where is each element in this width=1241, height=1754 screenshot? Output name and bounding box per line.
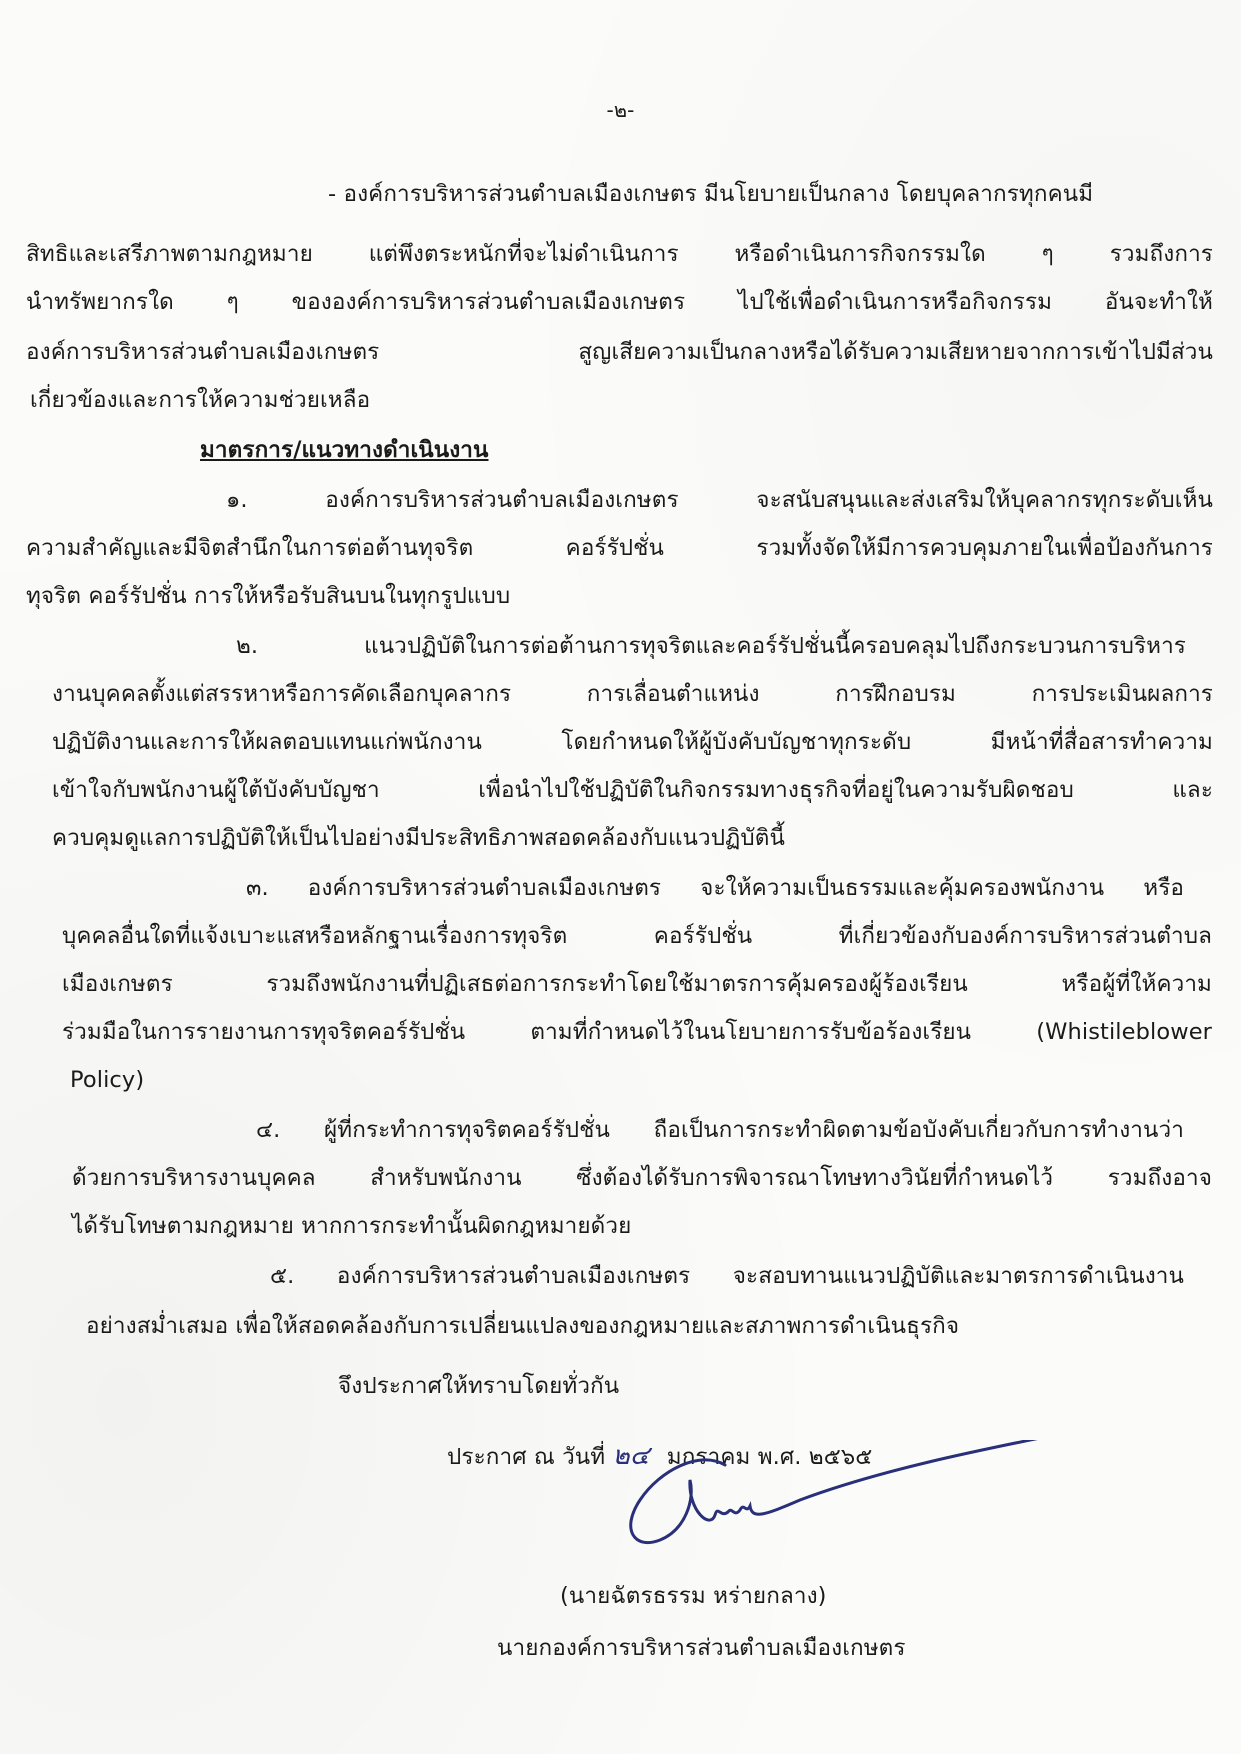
measure-1-line-3: ทุจริต คอร์รัปชั่น การให้หรือรับสินบนในท… [26, 580, 510, 612]
measure-3-line-4: ร่วมมือในการรายงานการทุจริตคอร์รัปชั่น ต… [62, 1016, 1212, 1048]
document-page: -๒- - องค์การบริหารส่วนตำบลเมืองเกษตร มี… [0, 0, 1241, 1754]
intro-line-3: นำทรัพยากรใด ๆ ขององค์การบริหารส่วนตำบลเ… [26, 286, 1213, 318]
signatory-title: นายกองค์การบริหารส่วนตำบลเมืองเกษตร [497, 1632, 906, 1664]
measure-3-line-1: ๓. องค์การบริหารส่วนตำบลเมืองเกษตร จะให้… [246, 872, 1184, 904]
intro-line-1: - องค์การบริหารส่วนตำบลเมืองเกษตร มีนโยบ… [328, 178, 1213, 210]
measure-2-line-1: ๒. แนวปฏิบัติในการต่อต้านการทุจริตและคอร… [236, 630, 1186, 662]
measure-1-line-1: ๑. องค์การบริหารส่วนตำบลเมืองเกษตร จะสนั… [226, 484, 1213, 516]
measure-1-line-2: ความสำคัญและมีจิตสำนึกในการต่อต้านทุจริต… [26, 532, 1213, 564]
measure-2-line-3: ปฏิบัติงานและการให้ผลตอบแทนแก่พนักงาน โด… [52, 726, 1213, 758]
measure-2-line-2: งานบุคคลตั้งแต่สรรหาหรือการคัดเลือกบุคลา… [52, 678, 1213, 710]
section-heading: มาตรการ/แนวทางดำเนินงาน [200, 434, 489, 466]
measure-5-line-1: ๕. องค์การบริหารส่วนตำบลเมืองเกษตร จะสอบ… [270, 1260, 1184, 1292]
measure-5-line-2: อย่างสม่ำเสมอ เพื่อให้สอดคล้องกับการเปลี… [86, 1310, 959, 1342]
measure-3-line-3: เมืองเกษตร รวมถึงพนักงานที่ปฏิเสธต่อการก… [62, 968, 1212, 1000]
measure-3-line-5: Policy) [70, 1064, 144, 1096]
intro-line-4: องค์การบริหารส่วนตำบลเมืองเกษตร สูญเสียค… [26, 336, 1213, 368]
measure-4-line-3: ได้รับโทษตามกฎหมาย หากการกระทำนั้นผิดกฎห… [72, 1210, 631, 1242]
signature-icon [600, 1440, 1060, 1560]
measure-3-line-2: บุคคลอื่นใดที่แจ้งเบาะแสหรือหลักฐานเรื่อ… [62, 920, 1212, 952]
closing-statement: จึงประกาศให้ทราบโดยทั่วกัน [338, 1370, 619, 1402]
signatory-name: (นายฉัตรธรรม หร่ายกลาง) [560, 1580, 827, 1612]
page-number: -๒- [0, 94, 1241, 126]
measure-2-line-5: ควบคุมดูแลการปฏิบัติให้เป็นไปอย่างมีประส… [52, 822, 785, 854]
measure-2-line-4: เข้าใจกับพนักงานผู้ใต้บังคับบัญชา เพื่อน… [52, 774, 1213, 806]
measure-4-line-2: ด้วยการบริหารงานบุคคล สำหรับพนักงาน ซึ่ง… [72, 1162, 1212, 1194]
intro-line-2: สิทธิและเสรีภาพตามกฎหมาย แต่พึงตระหนักที… [26, 238, 1213, 270]
intro-line-5: เกี่ยวข้องและการให้ความช่วยเหลือ [30, 384, 370, 416]
measure-4-line-1: ๔. ผู้ที่กระทำการทุจริตคอร์รัปชั่น ถือเป… [256, 1114, 1184, 1146]
date-prefix: ประกาศ ณ วันที่ [447, 1444, 605, 1470]
